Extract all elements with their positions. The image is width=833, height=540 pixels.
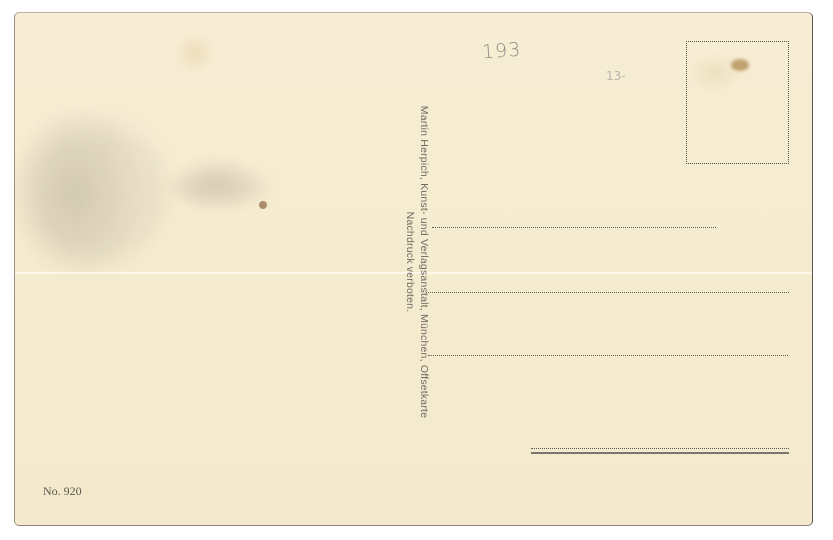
- address-line-3: [428, 355, 788, 356]
- stain-spot: [731, 59, 749, 71]
- address-line-1: [432, 227, 716, 228]
- ink-smudge: [25, 123, 165, 263]
- catalog-number: No. 920: [43, 484, 82, 499]
- imprint-line-2: Nachdruck verboten.: [403, 97, 417, 427]
- address-line-2: [426, 292, 789, 293]
- pencil-note-primary: 193: [481, 39, 522, 64]
- address-underline: [531, 452, 789, 454]
- pencil-note-secondary: 13-: [606, 69, 626, 83]
- postcard-back: 193 13- Martin Herpich, Kunst- und Verla…: [15, 13, 812, 525]
- ink-smudge: [175, 173, 265, 203]
- stain-dot: [259, 201, 267, 209]
- publisher-imprint: Martin Herpich, Kunst- und Verlagsanstal…: [385, 97, 431, 427]
- imprint-line-1: Martin Herpich, Kunst- und Verlagsanstal…: [417, 97, 431, 427]
- address-line-4: [531, 448, 789, 449]
